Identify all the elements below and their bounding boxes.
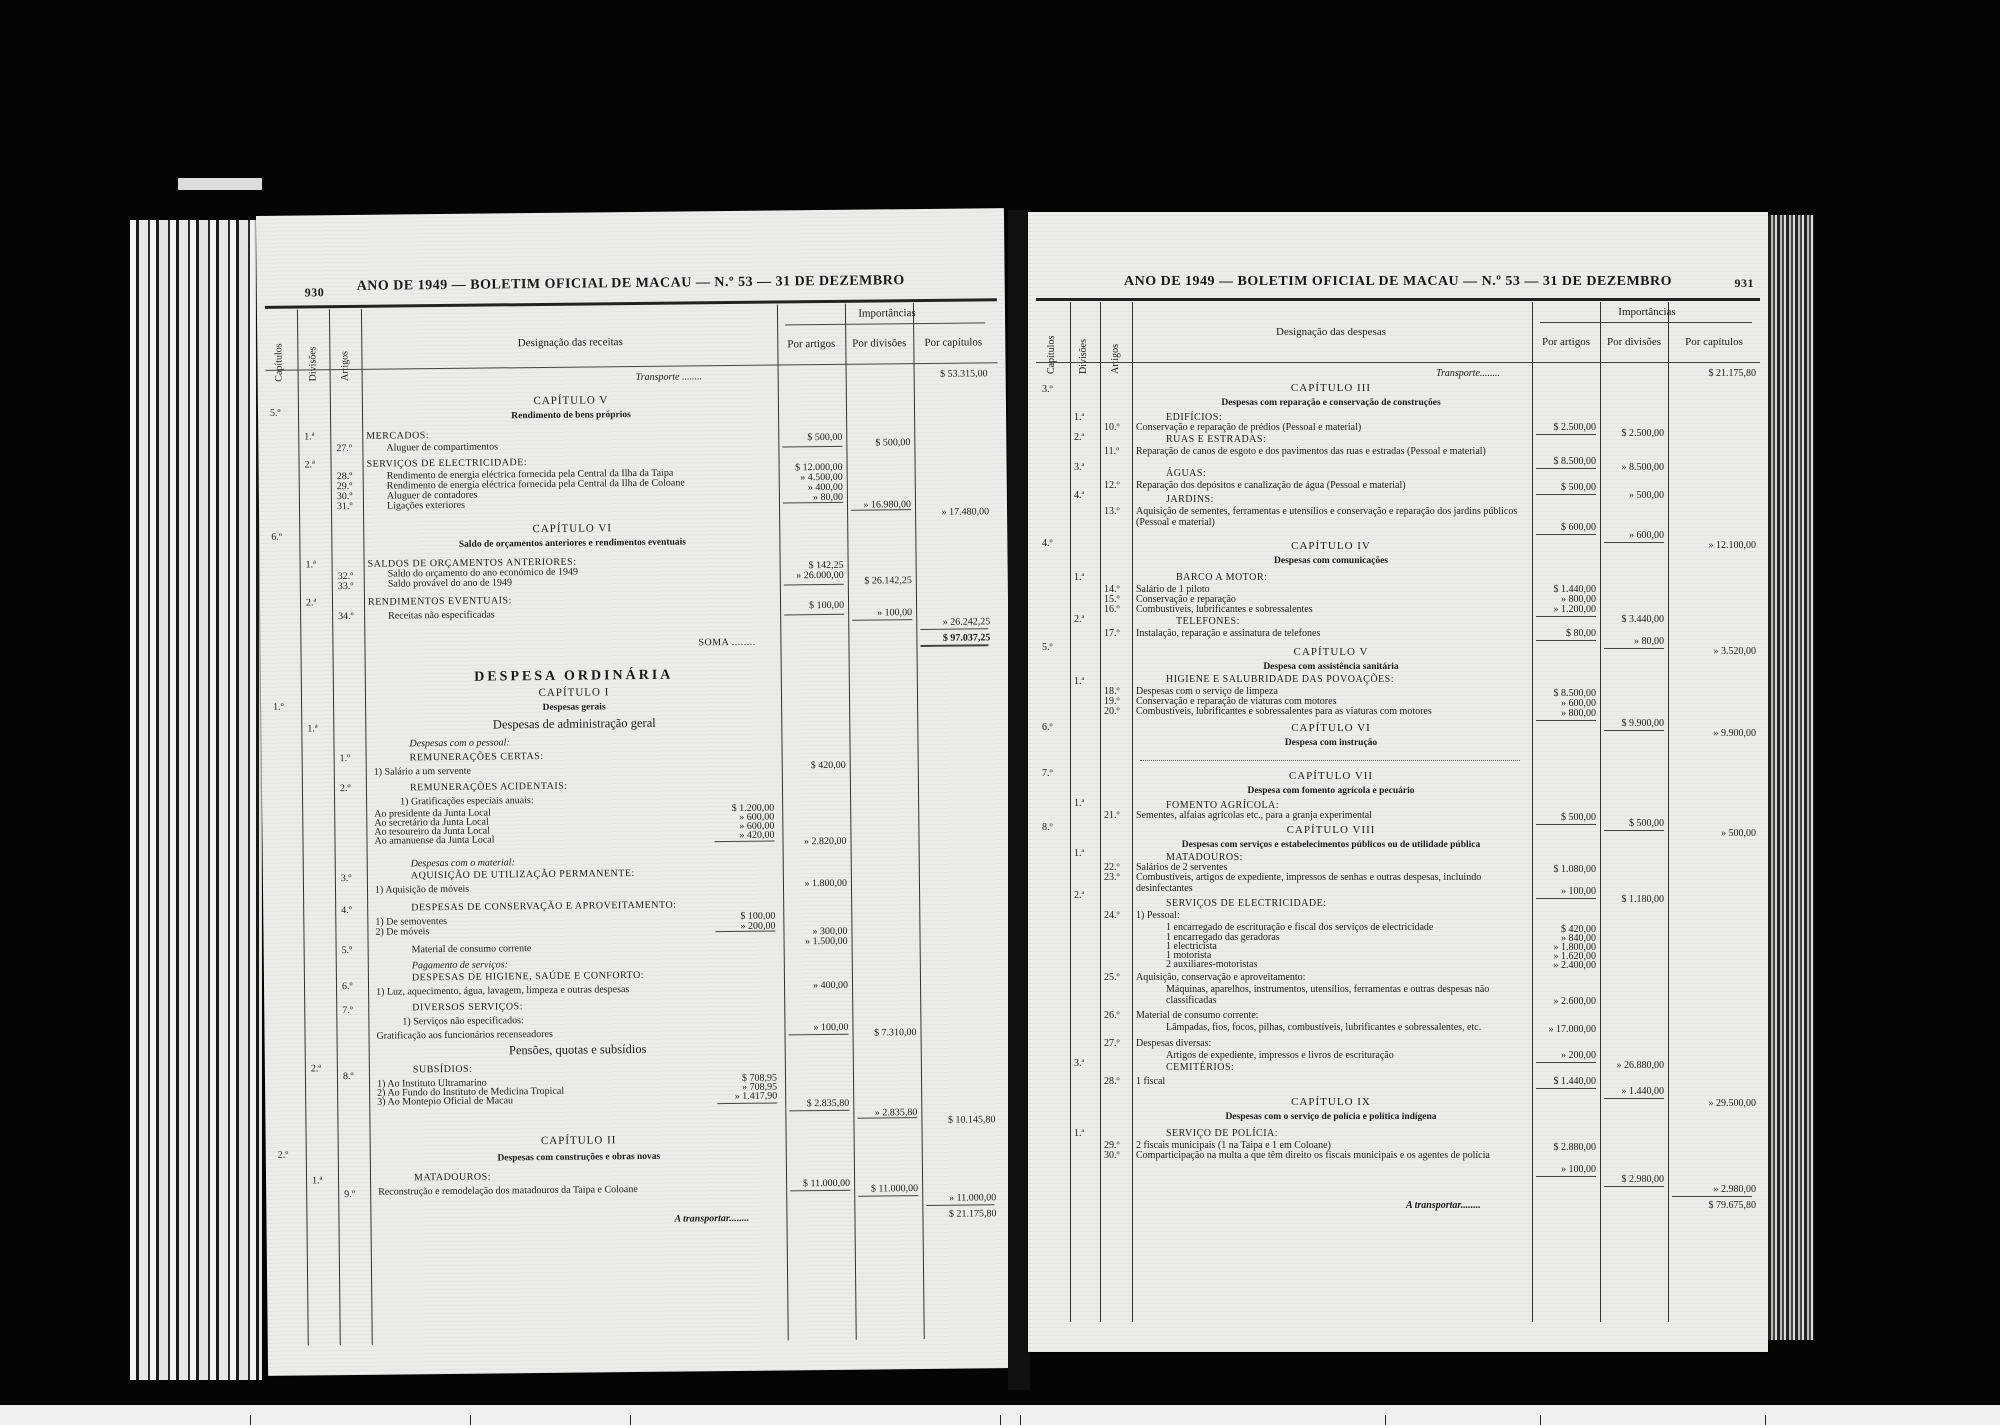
division-number: 2.ª [1074,890,1084,901]
amount-por-artigo: $ 1.080,00 [1534,864,1596,875]
a-transportar-label: A transportar........ [1406,1200,1481,1211]
article-text: Aquisição de sementes, ferramentas e ute… [1136,506,1526,528]
transporte-label: Transporte ........ [636,371,703,383]
amount-por-artigo: $ 420,00 [784,760,846,772]
article-number: 8.º [343,1071,354,1082]
chapter-title: CAPÍTULO III [1136,382,1526,394]
amount-por-divisao: $ 3.440,00 [1602,614,1664,625]
article-text: Máquinas, aparelhos, instrumentos, utens… [1166,984,1526,1006]
amount-por-capitulo: » 3.520,00 [1670,646,1756,657]
article-text: Artigos de expediente, impressos e livro… [1166,1050,1394,1061]
article-number: 30.º [1104,1150,1120,1161]
division-number: 2.ª [1074,614,1084,625]
amount-por-divisao: $ 26.142,25 [850,575,912,587]
division-label: TELEFONES: [1176,616,1240,627]
division-number: 1.ª [307,723,317,734]
amount-por-capitulo: » 11.000,00 [924,1192,996,1204]
soma-label: SOMA ........ [698,637,755,649]
article-text: Lâmpadas, fios, focos, pilhas, combustív… [1166,1022,1481,1033]
division-label: MERCADOS: [366,430,429,442]
article-text: Comparticipação na multa a que têm direi… [1136,1150,1526,1161]
chapter-title: CAPÍTULO VI [1136,722,1526,734]
amount-por-artigo: $ 8.500,00 [1534,456,1596,467]
col-divisoes: Divisões [307,331,319,381]
amount-por-artigo: » 100,00 [786,1022,848,1034]
transporte-label: Transporte........ [1436,368,1500,379]
subsection-label: Despesas com o pessoal: [409,737,509,749]
col-capitulos: Capítulos [1046,324,1057,374]
division-number: 1.ª [1074,412,1084,423]
article-label: REMUNERAÇÕES ACIDENTAIS: [410,781,568,794]
chapter-subtitle: Despesa com fomento agrícola e pecuário [1136,786,1526,796]
article-text: Reconstrução e remodelação dos matadouro… [378,1184,638,1198]
division-label: HIGIENE E SALUBRIDADE DAS POVOAÇÕES: [1166,674,1394,685]
chapter-number: 4.º [1042,538,1053,549]
chapter-number: 5.º [270,408,281,419]
chapter-title: CAPÍTULO VII [1136,770,1526,782]
division-label: MATADOUROS: [414,1172,491,1184]
chapter-number: 7.º [1042,768,1053,779]
amount-por-capitulo: » 29.500,00 [1670,1098,1756,1109]
a-transportar-value: $ 79.675,80 [1670,1200,1756,1211]
article-text: 1 fiscal [1136,1076,1165,1087]
amount-por-divisao: $ 9.900,00 [1602,718,1664,729]
amount-por-artigo: » 17.000,00 [1534,1024,1596,1035]
article-text: Ligações exteriores [387,500,465,512]
chapter-title: CAPÍTULO V [1136,646,1526,658]
article-label: Despesas diversas: [1136,1038,1211,1049]
left-page: 930 ANO DE 1949 — BOLETIM OFICIAL DE MAC… [256,208,1016,1376]
division-number: 1.ª [1074,1128,1084,1139]
a-transportar-label: A transportar........ [674,1213,749,1225]
amount-por-artigo: » 100,00 [1534,1164,1596,1175]
article-number: 33.º [338,581,354,592]
amount-por-artigo: $ 500,00 [1534,812,1596,823]
amount-por-divisao: $ 2.500,00 [1602,428,1664,439]
chapter-subtitle: Despesas com o serviço de polícia e polí… [1136,1112,1526,1122]
chapter-number: 8.º [1042,822,1053,833]
amount-por-artigo: » 26.000,00 [782,570,844,582]
amount-por-artigo: $ 500,00 [780,432,842,444]
chapter-subtitle: Despesas com construções e obras novas [374,1150,784,1164]
chapter-number: 6.º [1042,722,1053,733]
article-text: Reparação de canos de esgoto e dos pavim… [1136,446,1526,457]
transporte-value: $ 21.175,80 [1670,368,1756,379]
amount-por-divisao: » 600,00 [1602,530,1664,541]
amount-por-divisao: » 500,00 [1602,490,1664,501]
article-text: Receitas não especificadas [388,609,495,621]
book-page-edges-right [1768,215,1814,1340]
division-label: ÁGUAS: [1166,468,1206,479]
amount-por-artigo: » 1.500,00 [786,936,848,948]
article-number: 10.º [1104,422,1120,433]
col-capitulos: Capítulos [273,332,285,382]
line-amount: » 1.417,90 [713,1091,777,1103]
col-designacao: Designação das despesas [1136,326,1526,338]
col-importancias: Importâncias [1532,306,1762,318]
amount-por-artigo: » 100,00 [1534,886,1596,897]
line-item: Ao amanuense da Junta Local [374,834,494,846]
chapter-title: CAPÍTULO V [366,393,776,409]
budget-table-despesas: Capítulos Divisões Artigos Designação da… [1036,302,1760,1322]
line-item: 2 auxiliares-motoristas [1166,959,1257,970]
division-label: RUAS E ESTRADAS: [1166,434,1266,445]
article-number: 17.º [1104,628,1120,639]
amount-por-artigo: » 2.820,00 [784,836,846,848]
article-number: 6.º [342,981,353,992]
col-por-divisoes: Por divisões [845,337,913,350]
article-label: DESPESAS DE CONSERVAÇÃO E APROVEITAMENTO… [411,900,676,914]
article-text: Instalação, reparação e assinatura de te… [1136,628,1320,639]
col-artigos: Artigos [339,331,351,381]
amount-por-artigo: » 1.800,00 [785,878,847,890]
amount-por-capitulo: » 26.242,25 [918,616,990,628]
division-number: 1.ª [1074,572,1084,583]
amount-por-capitulo: » 17.480,00 [917,506,989,518]
running-title: ANO DE 1949 — BOLETIM OFICIAL DE MACAU —… [1028,274,1768,290]
article-text: 1) Luz, aquecimento, água, lavagem, limp… [376,984,629,998]
chapter-title: CAPÍTULO IX [1136,1096,1526,1108]
division-label: SERVIÇOS DE ELECTRICIDADE: [366,457,527,470]
col-por-divisoes: Por divisões [1600,336,1668,348]
article-number: 25.º [1104,972,1120,983]
amount-por-artigo: $ 600,00 [1534,522,1596,533]
amount-por-capitulo: » 9.900,00 [1670,728,1756,739]
division-number: 2.ª [1074,432,1084,443]
division-number: 2.ª [311,1063,321,1074]
division-label: CEMITÉRIOS: [1166,1062,1234,1073]
chapter-number: 6.º [271,532,282,543]
page-stack-top [178,178,262,190]
article-number: 26.º [1104,1010,1120,1021]
chapter-number: 3.º [1042,384,1053,395]
article-number: 21.º [1104,810,1120,821]
article-text: Reparação dos depósitos e canalização de… [1136,480,1406,491]
article-label: DIVERSOS SERVIÇOS: [412,1001,523,1013]
amount-por-capitulo: » 2.980,00 [1670,1184,1756,1195]
amount-por-divisao: $ 2.980,00 [1602,1174,1664,1185]
amount-por-divisao: $ 7.310,00 [854,1027,916,1039]
col-designacao: Designação das receitas [365,335,775,351]
amount-por-divisao: » 26.880,00 [1602,1060,1664,1071]
article-label: Material de consumo corrente: [1136,1010,1258,1021]
article-text: Gratificação aos funcionários recenseado… [376,1029,552,1042]
chapter-subtitle: Despesa com assistência sanitária [1136,662,1526,672]
col-importancias: Importâncias [777,306,997,320]
running-title: ANO DE 1949 — BOLETIM OFICIAL DE MACAU —… [257,272,1005,296]
line-amount: » 420,00 [710,830,774,842]
article-label: SUBSÍDIOS: [413,1064,473,1076]
division-number: 2.ª [306,597,316,608]
article-number: 31.º [337,501,353,512]
article-label: DESPESAS DE HIGIENE, SAÚDE E CONFORTO: [412,970,644,983]
right-page-header: ANO DE 1949 — BOLETIM OFICIAL DE MACAU —… [1028,274,1768,298]
amount-por-divisao: » 8.500,00 [1602,462,1664,473]
division-label: SERVIÇO DE POLÍCIA: [1166,1128,1278,1139]
division-number: 3.ª [1074,1058,1084,1069]
amount-por-divisao: $ 500,00 [1602,818,1664,829]
division-number: 1.ª [1074,676,1084,687]
article-subheading: 1) Gratificações especiais anuais: [400,795,534,807]
division-number: 1.ª [312,1175,322,1186]
line-amount: » 2.400,00 [1534,960,1596,971]
chapter-subtitle: Despesas com reparação e conservação de … [1136,398,1526,408]
line-item: 3) Ao Montepio Oficial de Macau [377,1095,513,1107]
article-number: 27.º [1104,1038,1120,1049]
article-label: Aquisição, conservação e aproveitamento: [1136,972,1305,983]
amount-por-artigo: » 800,00 [1534,708,1596,719]
amount-por-capitulo: » 12.100,00 [1670,540,1756,551]
article-number: 11.º [1104,446,1119,457]
chapter-subtitle: Despesas com serviços e estabelecimentos… [1136,840,1526,850]
division-number: 1.ª [306,559,316,570]
chapter-subtitle: Despesa com instrução [1136,738,1526,748]
chapter-subtitle: Despesas com comunicações [1136,556,1526,566]
col-artigos: Artigos [1110,324,1121,374]
article-subheading: 1) Serviços não especificados: [402,1015,523,1027]
division-label: RENDIMENTOS EVENTUAIS: [368,595,512,608]
article-number: 9.º [344,1189,355,1200]
article-number: 12.º [1104,480,1120,491]
amount-por-artigo: $ 80,00 [1534,628,1596,639]
article-text: Saldo provável do ano de 1949 [388,577,512,589]
amount-por-artigo: $ 2.500,00 [1534,422,1596,433]
division-label: BARCO A MOTOR: [1176,572,1267,583]
book-page-edges-left [130,220,262,1380]
section-heading: DESPESA ORDINÁRIA [369,666,779,686]
article-text: Combustíveis, lubrificantes e sobressale… [1136,604,1313,615]
col-por-capitulos: Por capítulos [1668,336,1760,348]
scanner-bed-strip [0,1405,2000,1425]
subsection-label: Pagamento de serviços: [412,959,508,971]
section-title: Despesas de administração geral [369,714,779,733]
chapter-subtitle: Despesas gerais [369,700,779,714]
division-number: 4.ª [1074,490,1084,501]
article-number: 24.º [1104,910,1120,921]
amount-por-capitulo: $ 10.145,80 [923,1114,995,1126]
amount-por-artigo: » 400,00 [786,980,848,992]
col-por-capitulos: Por capítulos [913,336,993,349]
article-number: 28.º [1104,1076,1120,1087]
division-number: 1.ª [304,431,314,442]
amount-por-divisao: » 1.440,00 [1602,1086,1664,1097]
chapter-number: 1.º [273,702,284,713]
amount-por-artigo: $ 100,00 [782,600,844,612]
article-text: Conservação e reparação de prédios (Pess… [1136,422,1361,433]
chapter-title: CAPÍTULO VI [367,521,777,537]
amount-por-artigo: » 1.200,00 [1534,604,1596,615]
amount-por-divisao: » 100,00 [850,607,912,619]
division-label: SERVIÇOS DE ELECTRICIDADE: [1166,898,1327,909]
article-number: 13.º [1104,506,1120,517]
amount-por-artigo: » 2.600,00 [1534,996,1596,1007]
chapter-title: CAPÍTULO I [369,684,779,700]
transporte-value: $ 53.315,00 [916,368,988,380]
article-label: REMUNERAÇÕES CERTAS: [410,751,544,763]
article-label: 1) Pessoal: [1136,910,1180,921]
subsection-label: Despesas com o material: [411,857,515,869]
article-number: 1.º [340,753,351,764]
section-title: Pensões, quotas e subsídios [373,1040,783,1059]
division-number: 2.ª [304,459,314,470]
article-number: 5.º [342,945,353,956]
division-number: 3.ª [1074,462,1084,473]
amount-por-artigo: $ 2.835,80 [787,1098,849,1110]
chapter-title: CAPÍTULO IV [1136,540,1526,552]
amount-por-artigo: $ 1.440,00 [1534,1076,1596,1087]
article-text: Material de consumo corrente [412,943,532,955]
amount-por-artigo: $ 500,00 [1534,482,1596,493]
amount-por-artigo: $ 11.000,00 [788,1178,850,1190]
amount-por-artigo: » 200,00 [1534,1050,1596,1061]
article-label: AQUISIÇÃO DE UTILIZAÇÃO PERMANENTE: [411,868,635,881]
article-number: 2.º [340,783,351,794]
article-text: Combustíveis, artigos de expediente, imp… [1136,872,1526,894]
amount-por-capitulo: » 500,00 [1670,828,1756,839]
book-gutter [1008,210,1030,1390]
article-number: 7.º [342,1005,353,1016]
col-por-artigos: Por artigos [777,338,845,351]
article-text: Aluguer de compartimentos [386,441,498,453]
division-number: 1.ª [1074,848,1084,859]
col-divisoes: Divisões [1078,324,1089,374]
soma-value: $ 97.037,25 [918,632,990,644]
article-text: 1) Salário a um servente [374,766,471,778]
header-rule [1036,298,1760,301]
article-text: 1) Aquisição de móveis [375,884,469,896]
article-text: Sementes, alfaias agrícolas etc., para a… [1136,810,1372,821]
division-number: 1.ª [1074,798,1084,809]
division-label: JARDINS: [1166,494,1214,505]
article-text: Combustíveis, lubrificantes e sobressale… [1136,706,1432,717]
amount-por-divisao: $ 11.000,00 [856,1183,918,1195]
page-number: 931 [1735,276,1755,291]
amount-por-divisao: $ 500,00 [848,437,910,449]
chapter-number: 5.º [1042,642,1053,653]
article-number: 23.º [1104,872,1120,883]
article-number: 4.º [341,905,352,916]
chapter-title: CAPÍTULO II [374,1132,784,1148]
amount-por-divisao: $ 1.180,00 [1602,894,1664,905]
chapter-subtitle: Rendimento de bens próprios [366,409,776,423]
right-page: ANO DE 1949 — BOLETIM OFICIAL DE MACAU —… [1028,212,1768,1352]
line-item: 2) De móveis [375,926,429,938]
article-number: 16.º [1104,604,1120,615]
budget-table-receitas: Capítulos Divisões Artigos Designação da… [265,302,1008,1346]
chapter-subtitle: Saldo de orçamentos anteriores e rendime… [367,537,777,551]
col-por-artigos: Por artigos [1532,336,1600,348]
chapter-number: 2.º [278,1150,289,1161]
a-transportar-value: $ 21.175,80 [924,1208,996,1220]
amount-por-divisao: » 80,00 [1602,636,1664,647]
chapter-title: CAPÍTULO VIII [1136,824,1526,836]
article-number: 20.º [1104,706,1120,717]
article-number: 34.º [338,611,354,622]
article-number: 27.º [336,443,352,454]
amount-por-artigo: $ 2.880,00 [1534,1142,1596,1153]
article-number: 3.º [341,873,352,884]
